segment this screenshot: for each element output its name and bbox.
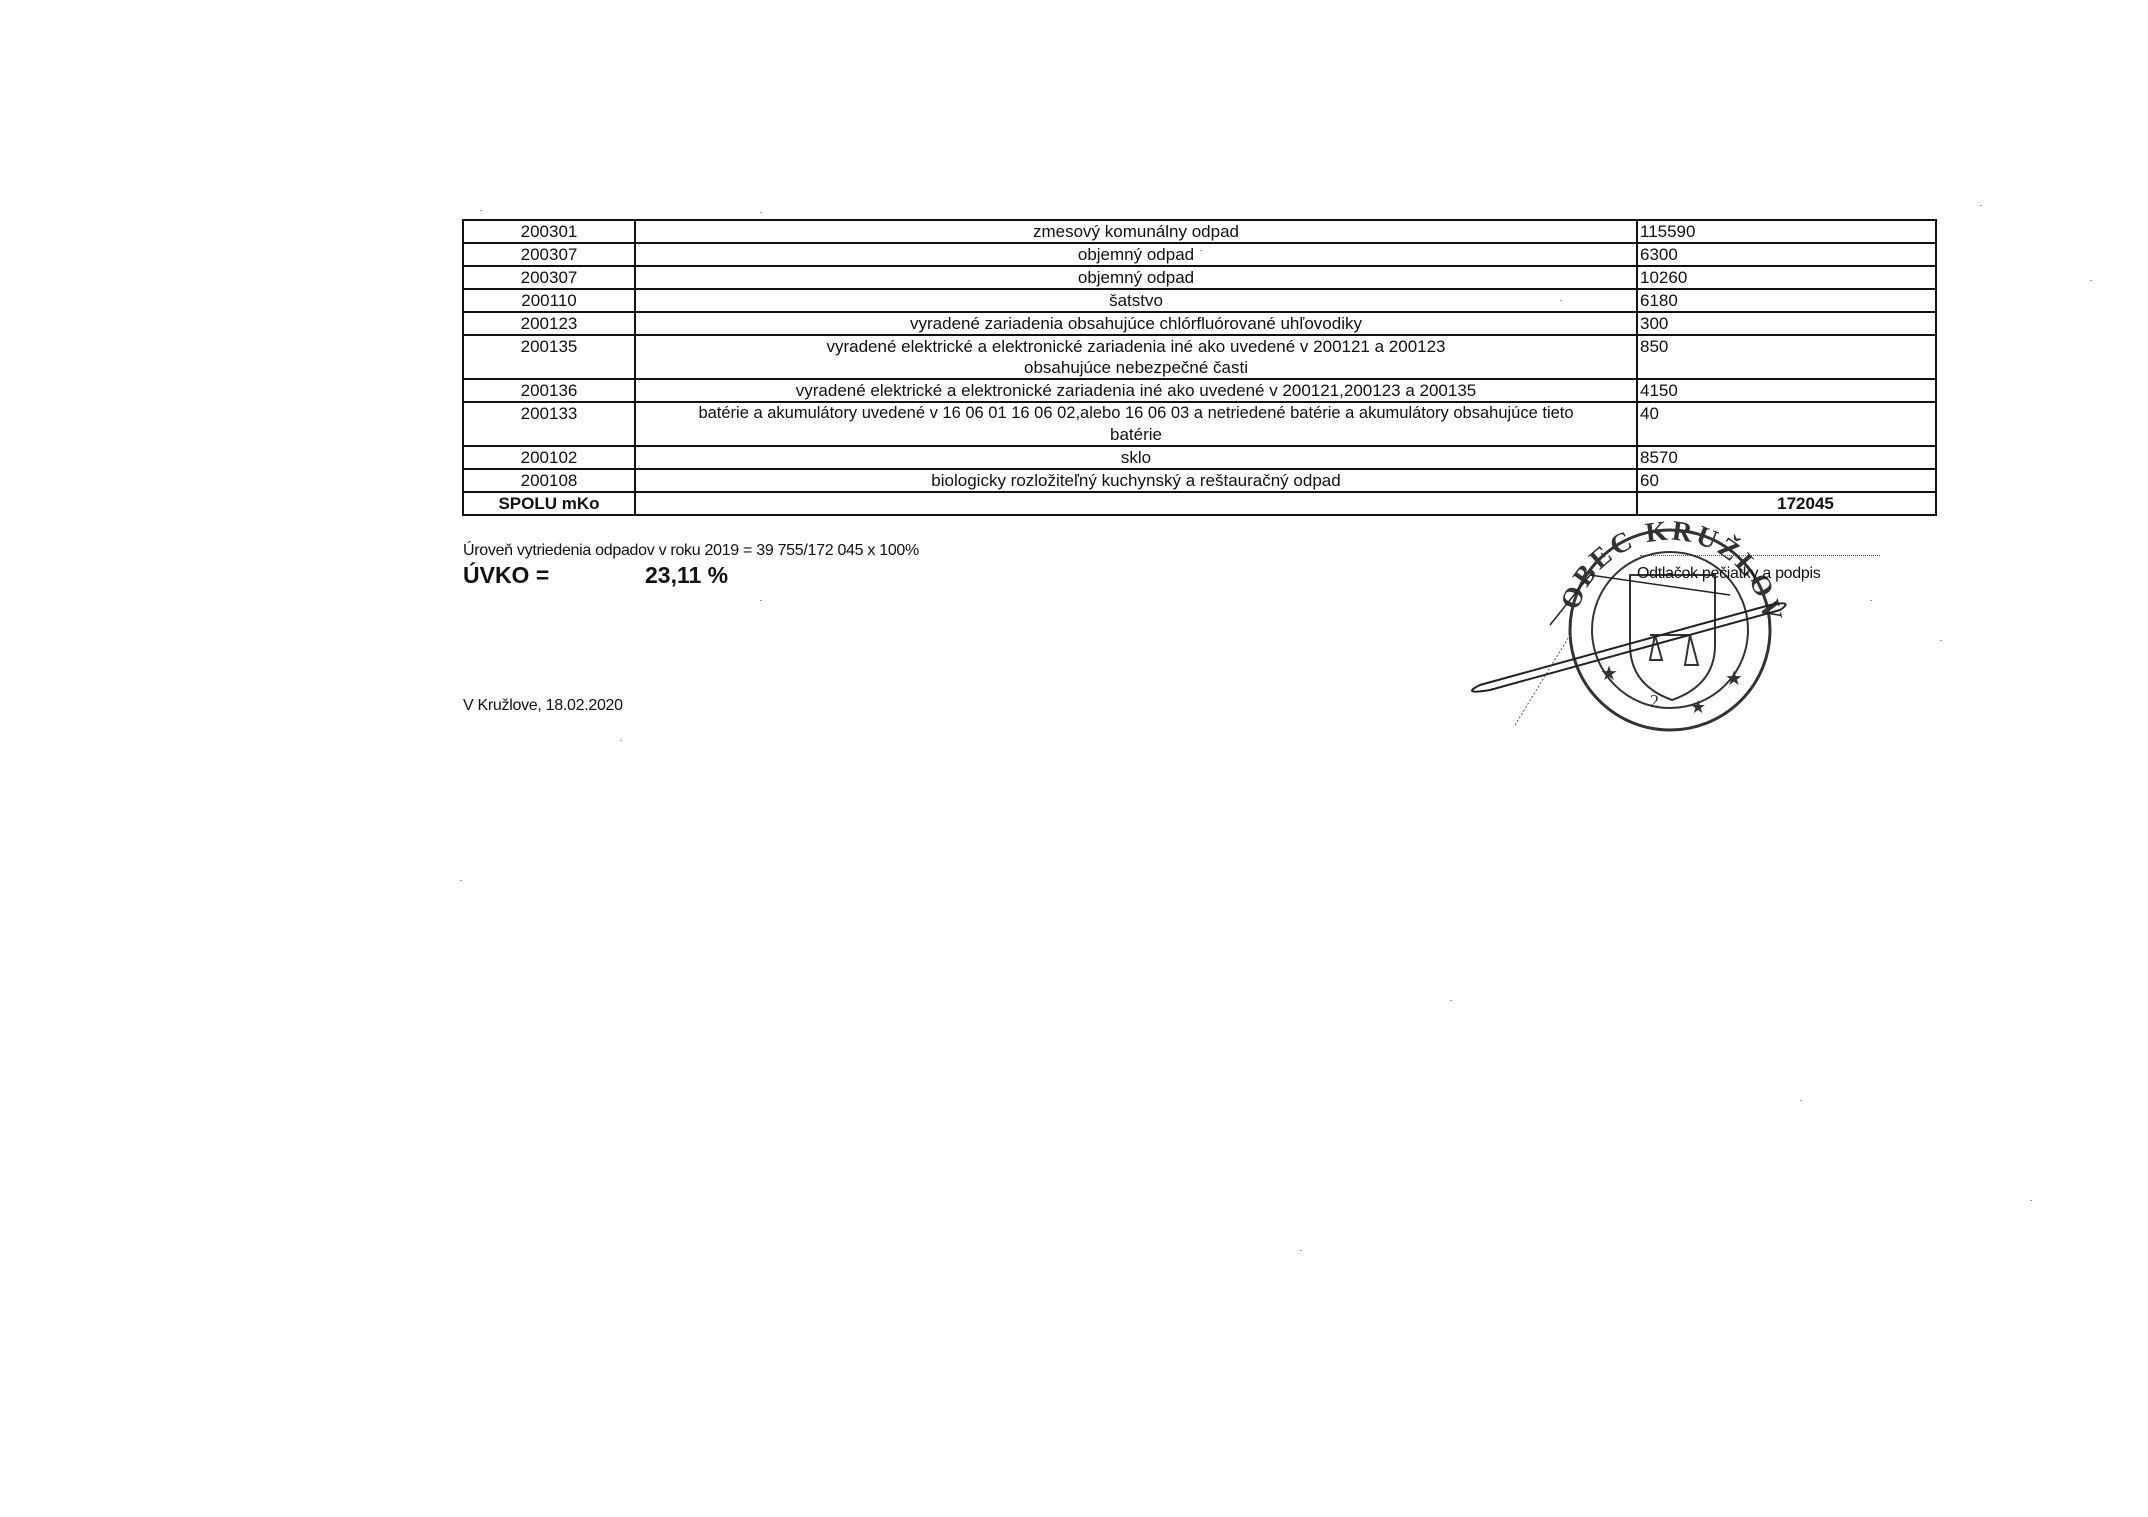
waste-description: objemný odpad [635, 266, 1637, 289]
waste-code: 200133 [463, 402, 635, 446]
waste-amount: 60 [1637, 469, 1936, 492]
description-line-2: obsahujúce nebezpečné časti [638, 357, 1634, 378]
description-line-1: vyradené elektrické a elektronické zaria… [638, 336, 1634, 357]
waste-amount: 850 [1637, 335, 1936, 379]
waste-amount: 6300 [1637, 243, 1936, 266]
table-row: 200307 objemný odpad 10260 [463, 266, 1936, 289]
waste-amount: 6180 [1637, 289, 1936, 312]
waste-amount: 115590 [1637, 220, 1936, 243]
table-row: 200135 vyradené elektrické a elektronick… [463, 335, 1936, 379]
waste-code: 200301 [463, 220, 635, 243]
waste-description: objemný odpad [635, 243, 1637, 266]
table-row: 200301 zmesový komunálny odpad 115590 [463, 220, 1936, 243]
uvko-label: ÚVKO = [463, 562, 549, 589]
waste-description: šatstvo [635, 289, 1637, 312]
total-row: SPOLU mKo 172045 [463, 492, 1936, 515]
waste-description: sklo [635, 446, 1637, 469]
stamp-seal-icon: OBEC KRUŽLOV ★ ★ ★ 2 [1450, 515, 1870, 735]
waste-description: vyradené elektrické a elektronické zaria… [635, 379, 1637, 402]
waste-amount: 8570 [1637, 446, 1936, 469]
svg-text:★: ★ [1690, 697, 1706, 717]
waste-code: 200108 [463, 469, 635, 492]
table-row: 200102 sklo 8570 [463, 446, 1936, 469]
total-description [635, 492, 1637, 515]
waste-code: 200123 [463, 312, 635, 335]
table-row: 200136 vyradené elektrické a elektronick… [463, 379, 1936, 402]
waste-code: 200135 [463, 335, 635, 379]
description-line-1: batérie a akumulátory uvedené v 16 06 01… [638, 403, 1634, 424]
uvko-value: 23,11 % [645, 562, 728, 589]
svg-text:★: ★ [1600, 663, 1618, 685]
sorting-level-calculation: Úroveň vytriedenia odpadov v roku 2019 =… [463, 542, 919, 560]
table-row: 200133 batérie a akumulátory uvedené v 1… [463, 402, 1936, 446]
table-row: 200110 šatstvo 6180 [463, 289, 1936, 312]
waste-code: 200136 [463, 379, 635, 402]
waste-code: 200307 [463, 243, 635, 266]
waste-description: batérie a akumulátory uvedené v 16 06 01… [635, 402, 1637, 446]
official-stamp: OBEC KRUŽLOV ★ ★ ★ 2 [1450, 515, 1870, 735]
waste-description: vyradené elektrické a elektronické zaria… [635, 335, 1637, 379]
waste-amount: 4150 [1637, 379, 1936, 402]
total-amount: 172045 [1637, 492, 1936, 515]
waste-description: biologicky rozložiteľný kuchynský a rešt… [635, 469, 1637, 492]
waste-amount: 10260 [1637, 266, 1936, 289]
waste-description: zmesový komunálny odpad [635, 220, 1637, 243]
place-and-date: V Kružlove, 18.02.2020 [463, 697, 623, 715]
waste-code: 200102 [463, 446, 635, 469]
svg-text:★: ★ [1725, 668, 1743, 690]
waste-code: 200307 [463, 266, 635, 289]
waste-amount: 40 [1637, 402, 1936, 446]
stamp-number: 2 [1650, 691, 1659, 711]
table-row: 200108 biologicky rozložiteľný kuchynský… [463, 469, 1936, 492]
table-row: 200307 objemný odpad 6300 [463, 243, 1936, 266]
total-label: SPOLU mKo [463, 492, 635, 515]
waste-code: 200110 [463, 289, 635, 312]
waste-amount: 300 [1637, 312, 1936, 335]
stamp-caption: Odtlačok pečiatky a podpis [1637, 565, 1820, 583]
waste-table: 200301 zmesový komunálny odpad 115590 20… [462, 219, 1937, 516]
table-row: 200123 vyradené zariadenia obsahujúce ch… [463, 312, 1936, 335]
description-line-2: batérie [638, 424, 1634, 445]
waste-description: vyradené zariadenia obsahujúce chlórfluó… [635, 312, 1637, 335]
